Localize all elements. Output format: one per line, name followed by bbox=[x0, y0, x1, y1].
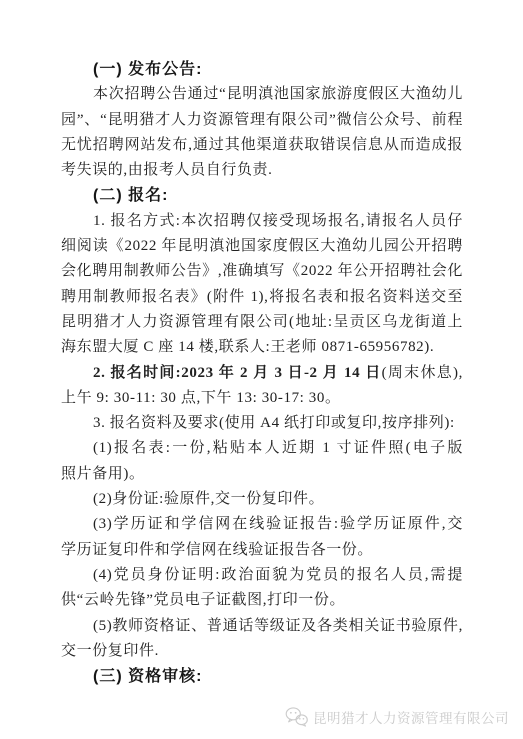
watermark: 昆明猎才人力资源管理有限公司 bbox=[285, 707, 509, 727]
text-line: 本次招聘公告通过“昆明滇池国家旅游度假区大渔幼儿 bbox=[61, 82, 463, 107]
text-segment: 无忧招聘网站发布,通过其他渠道获取错误信息从而造成报 bbox=[61, 137, 463, 153]
text-line: (2)身份证:验原件,交一份复印件。 bbox=[61, 487, 463, 512]
section-heading: (三) 资格审核: bbox=[61, 664, 463, 689]
text-segment: 会化聘用制教师公告》,准确填写《2022 年公开招聘社会化 bbox=[61, 263, 463, 279]
text-segment: 2. 报名时间:2023 年 2 月 3 日-2 月 14 日 bbox=[93, 365, 382, 381]
text-line: 上午 9: 30-11: 30 点,下午 13: 30-17: 30。 bbox=[61, 386, 463, 411]
text-line: 考失误的,由报考人员自行负责. bbox=[61, 158, 463, 183]
watermark-text: 昆明猎才人力资源管理有限公司 bbox=[313, 707, 509, 727]
text-segment: 考失误的,由报考人员自行负责. bbox=[61, 162, 273, 178]
text-line: 园”、“昆明猎才人力资源管理有限公司”微信公众号、前程 bbox=[61, 108, 463, 133]
text-line: 3. 报名资料及要求(使用 A4 纸打印或复印,按序排列): bbox=[61, 411, 463, 436]
section-heading: (二) 报名: bbox=[61, 183, 463, 208]
text-segment: 上午 9: 30-11: 30 点,下午 13: 30-17: 30。 bbox=[61, 390, 341, 406]
text-line: (4)党员身份证明:政治面貌为党员的报名人员,需提 bbox=[61, 563, 463, 588]
text-segment: 昆明猎才人力资源管理有限公司(地址:呈贡区乌龙街道上 bbox=[61, 314, 463, 330]
text-segment: 供“云岭先锋”党员电子证截图,打印一份。 bbox=[61, 592, 345, 608]
text-segment: (3)学历证和学信网在线验证报告:验学历证原件,交 bbox=[93, 516, 463, 532]
text-segment: 海东盟大厦 C 座 14 楼,联系人:王老师 0871-65956782). bbox=[61, 339, 434, 355]
document-page: (一) 发布公告:本次招聘公告通过“昆明滇池国家旅游度假区大渔幼儿园”、“昆明猎… bbox=[0, 0, 523, 739]
text-line: 供“云岭先锋”党员电子证截图,打印一份。 bbox=[61, 588, 463, 613]
section-heading: (一) 发布公告: bbox=[61, 57, 463, 82]
text-line: (3)学历证和学信网在线验证报告:验学历证原件,交 bbox=[61, 512, 463, 537]
text-segment: 交一份复印件. bbox=[61, 643, 159, 659]
text-segment: 1. 报名方式:本次招聘仅接受现场报名,请报名人员仔 bbox=[93, 213, 463, 229]
text-segment: 照片备用)。 bbox=[61, 466, 145, 482]
text-line: 学历证复印件和学信网在线验证报告各一份。 bbox=[61, 538, 463, 563]
document-body: (一) 发布公告:本次招聘公告通过“昆明滇池国家旅游度假区大渔幼儿园”、“昆明猎… bbox=[61, 57, 463, 689]
text-segment: 本次招聘公告通过“昆明滇池国家旅游度假区大渔幼儿 bbox=[93, 86, 463, 102]
text-line: 无忧招聘网站发布,通过其他渠道获取错误信息从而造成报 bbox=[61, 133, 463, 158]
text-segment: 园”、“昆明猎才人力资源管理有限公司”微信公众号、前程 bbox=[61, 112, 463, 128]
text-line: 1. 报名方式:本次招聘仅接受现场报名,请报名人员仔 bbox=[61, 209, 463, 234]
text-segment: 学历证复印件和学信网在线验证报告各一份。 bbox=[61, 542, 373, 558]
text-segment: (5)教师资格证、普通话等级证及各类相关证书验原件, bbox=[93, 618, 463, 634]
text-line: 照片备用)。 bbox=[61, 462, 463, 487]
text-line: 2. 报名时间:2023 年 2 月 3 日-2 月 14 日(周末休息), bbox=[61, 361, 463, 386]
text-line: (5)教师资格证、普通话等级证及各类相关证书验原件, bbox=[61, 614, 463, 639]
text-segment: 3. 报名资料及要求(使用 A4 纸打印或复印,按序排列): bbox=[93, 415, 455, 431]
text-line: 昆明猎才人力资源管理有限公司(地址:呈贡区乌龙街道上 bbox=[61, 310, 463, 335]
text-segment: 聘用制教师报名表》(附件 1),将报名表和报名资料送交至 bbox=[61, 289, 463, 305]
text-segment: 细阅读《2022 年昆明滇池国家度假区大渔幼儿园公开招聘社 bbox=[61, 238, 463, 259]
text-line: 交一份复印件. bbox=[61, 639, 463, 664]
text-line: 会化聘用制教师公告》,准确填写《2022 年公开招聘社会化 bbox=[61, 259, 463, 284]
text-segment: (4)党员身份证明:政治面貌为党员的报名人员,需提 bbox=[93, 567, 463, 583]
text-line: (1)报名表:一份,粘贴本人近期 1 寸证件照(电子版 bbox=[61, 436, 463, 461]
text-segment: (周末休息), bbox=[382, 365, 463, 381]
text-segment: (1)报名表:一份,粘贴本人近期 1 寸证件照(电子版 bbox=[93, 440, 463, 456]
text-line: 聘用制教师报名表》(附件 1),将报名表和报名资料送交至 bbox=[61, 285, 463, 310]
text-segment: (2)身份证:验原件,交一份复印件。 bbox=[93, 491, 324, 507]
wechat-icon bbox=[285, 707, 308, 727]
text-line: 细阅读《2022 年昆明滇池国家度假区大渔幼儿园公开招聘社 bbox=[61, 234, 463, 259]
text-line: 海东盟大厦 C 座 14 楼,联系人:王老师 0871-65956782). bbox=[61, 335, 463, 360]
